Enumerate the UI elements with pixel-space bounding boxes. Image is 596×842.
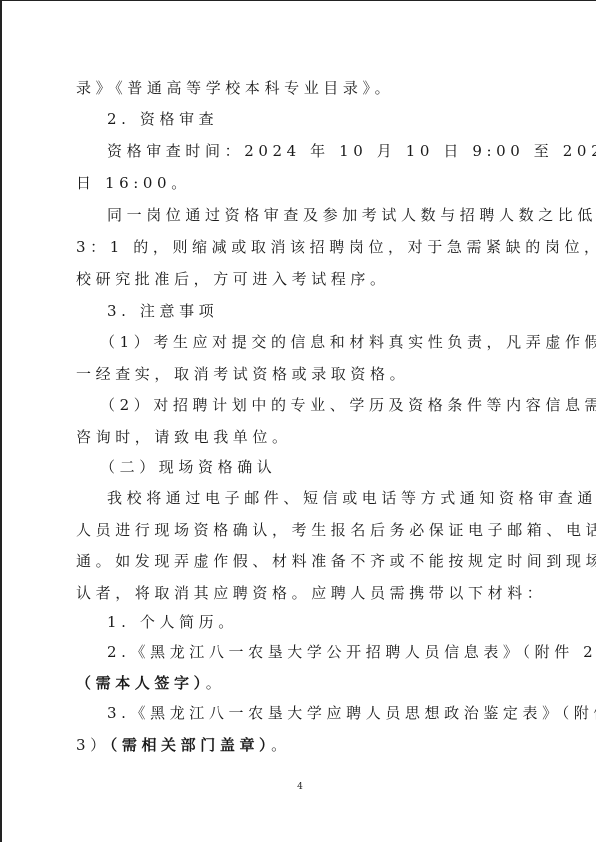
body-text-line: 人员进行现场资格确认，考生报名后务必保证电子邮箱、电话畅 <box>76 519 528 541</box>
attachment-number: 3） <box>76 736 110 754</box>
body-text-line: 日 16:00。 <box>76 172 528 194</box>
list-item-resume: 1. 个人简历。 <box>107 611 528 633</box>
section-heading-onsite-confirmation: （二）现场资格确认 <box>100 456 528 478</box>
body-text-line: 认者，将取消其应聘资格。应聘人员需携带以下材料： <box>76 582 528 604</box>
section-heading-qualification-review: 2. 资格审查 <box>107 108 528 130</box>
punctuation: 。 <box>206 674 226 692</box>
signature-required-note: （需本人签字） <box>76 674 206 692</box>
body-text-line: 校研究批准后，方可进入考试程序。 <box>76 268 528 290</box>
body-text-line: （1）考生应对提交的信息和材料真实性负责，凡弄虚作假的， <box>100 331 528 353</box>
punctuation: 。 <box>271 736 291 754</box>
body-text-line: 我校将通过电子邮件、短信或电话等方式通知资格审查通过 <box>107 487 528 509</box>
body-text-line: 录》《普通高等学校本科专业目录》。 <box>76 77 528 99</box>
list-item-political-review-form: 3.《黑龙江八一农垦大学应聘人员思想政治鉴定表》（附件 <box>107 702 528 724</box>
list-item-info-form: 2.《黑龙江八一农垦大学公开招聘人员信息表》（附件 2） <box>107 641 528 663</box>
list-item-info-form-continued: （需本人签字）。 <box>76 672 528 694</box>
body-text-line: 通。如发现弄虚作假、材料准备不齐或不能按规定时间到现场确 <box>76 550 528 572</box>
list-item-political-review-form-continued: 3）（需相关部门盖章）。 <box>76 734 528 756</box>
page-number: 4 <box>294 781 306 793</box>
body-text-line: 资格审查时间：2024 年 10 月 10 日 9:00 至 2024 年 11… <box>107 140 528 162</box>
body-text-line: 3：1 的，则缩减或取消该招聘岗位，对于急需紧缺的岗位，经学 <box>76 236 528 258</box>
body-text-line: 一经查实，取消考试资格或录取资格。 <box>76 363 528 385</box>
section-heading-notes: 3. 注意事项 <box>107 300 528 322</box>
body-text-line: （2）对招聘计划中的专业、学历及资格条件等内容信息需要 <box>100 394 528 416</box>
stamp-required-note: （需相关部门盖章） <box>110 736 271 754</box>
body-text-line: 同一岗位通过资格审查及参加考试人数与招聘人数之比低于 <box>107 204 528 226</box>
document-page: 录》《普通高等学校本科专业目录》。 2. 资格审查 资格审查时间：2024 年 … <box>0 0 596 842</box>
body-text-line: 咨询时，请致电我单位。 <box>76 426 528 448</box>
